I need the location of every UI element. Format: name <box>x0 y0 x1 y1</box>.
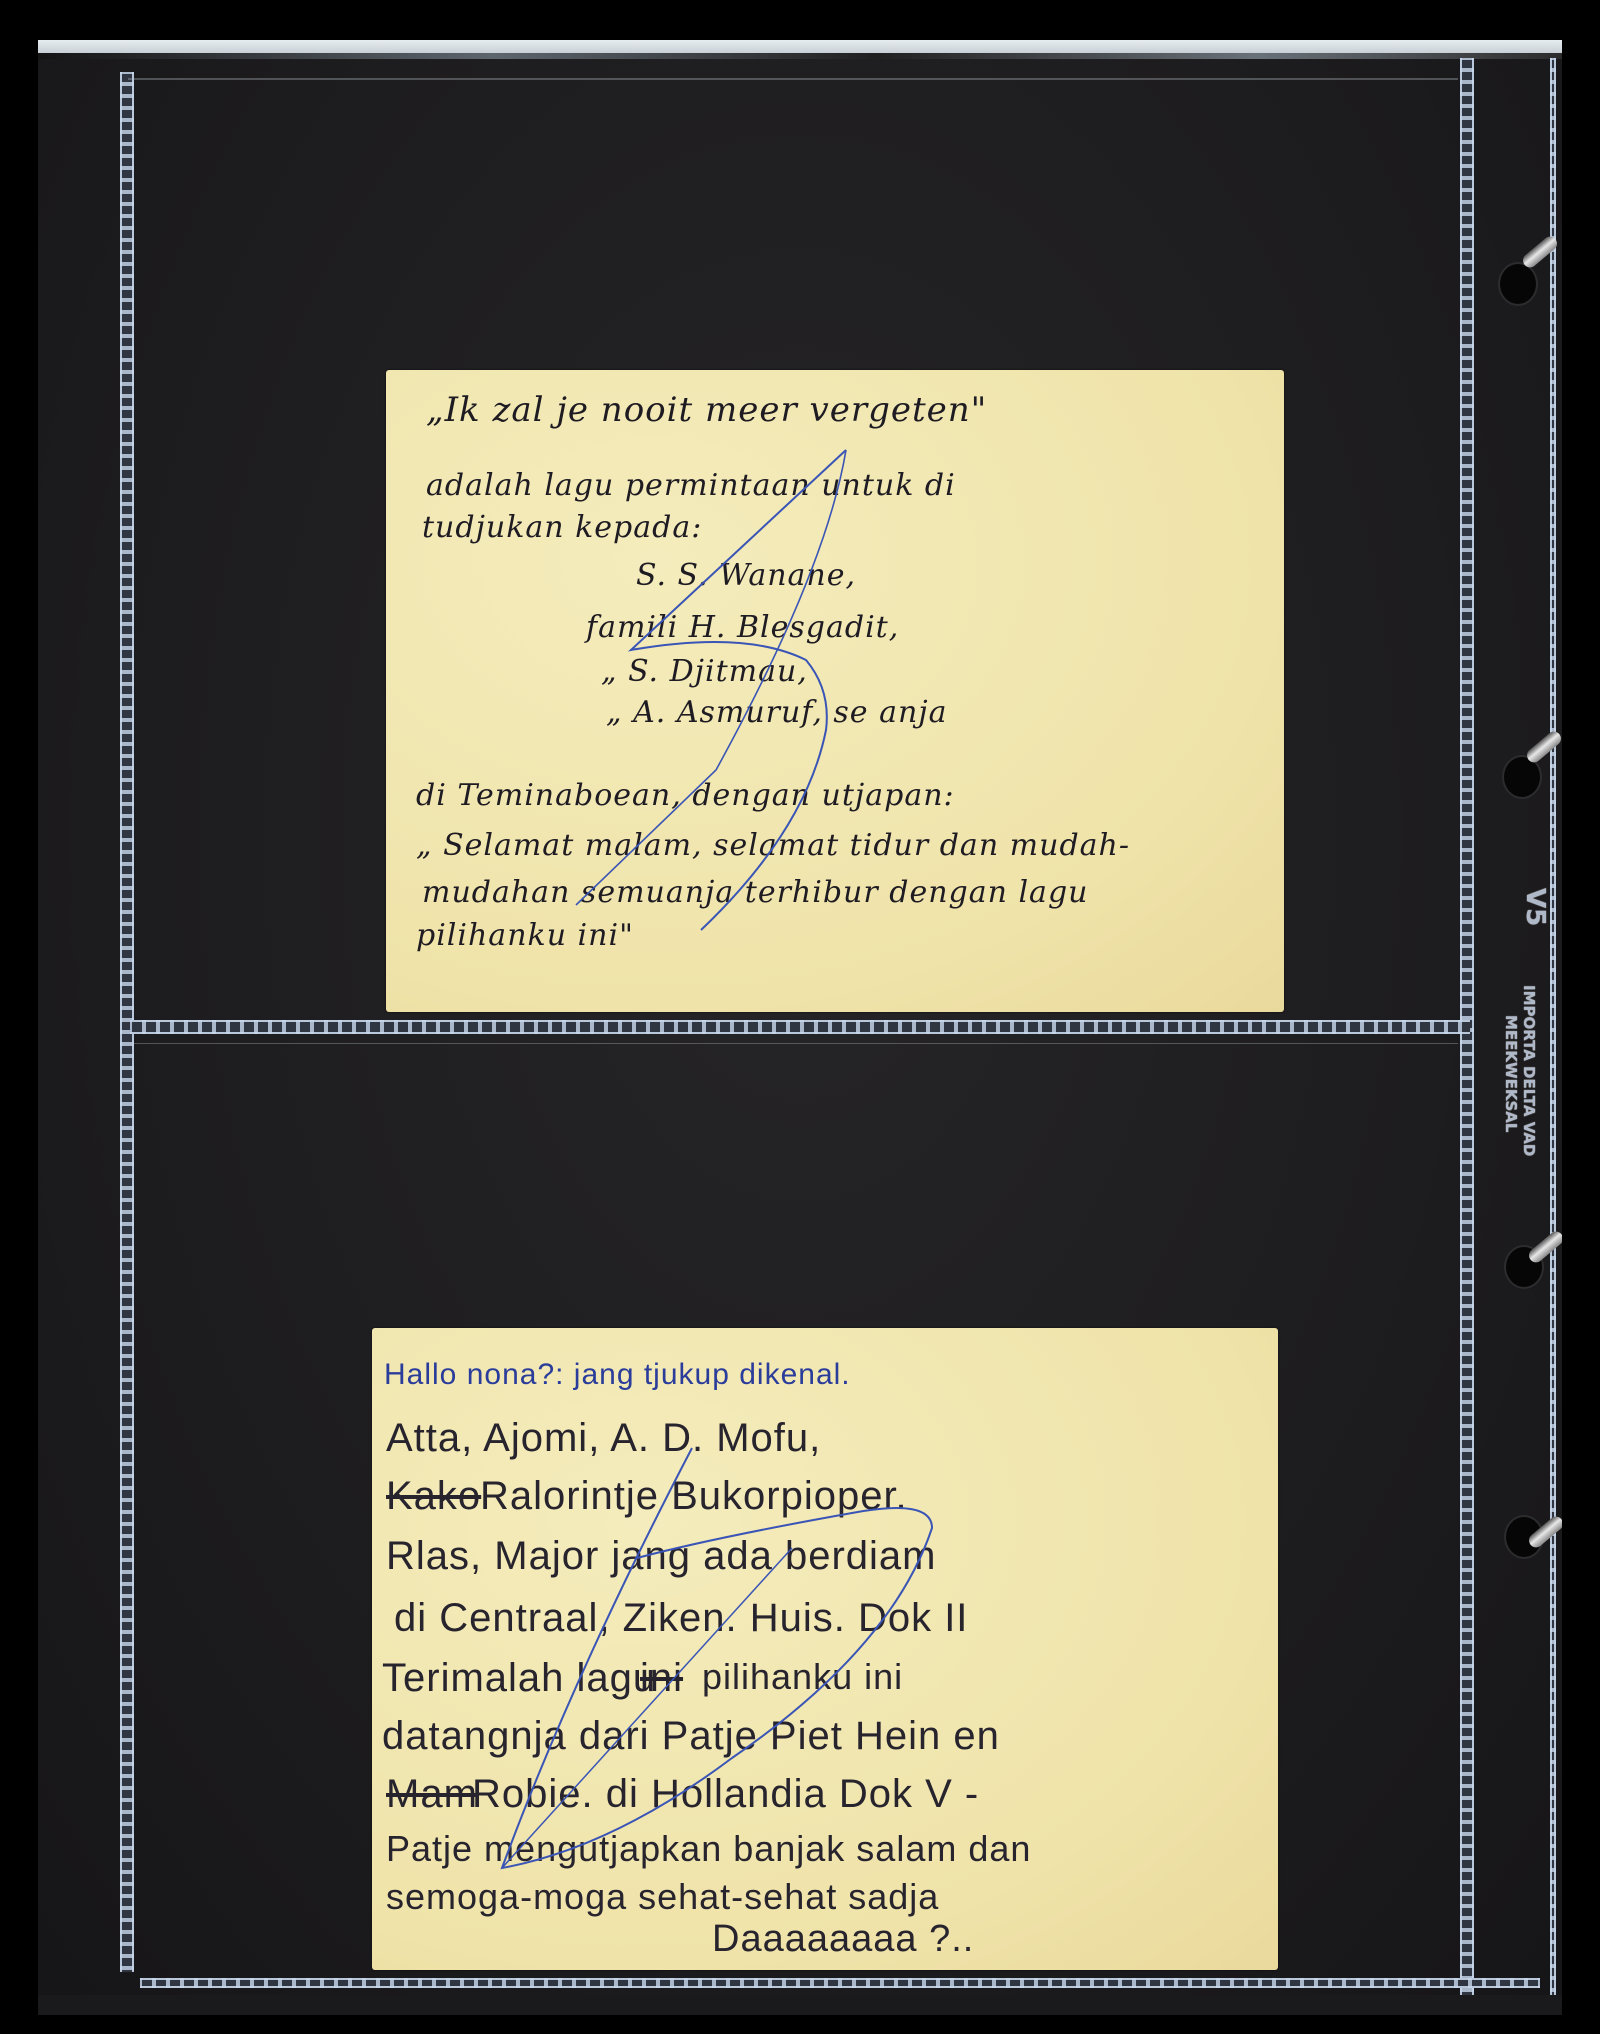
card2-line-5: di Centraal, Ziken. Huis. Dok II <box>394 1596 968 1641</box>
blue-pencil-scribble-1 <box>386 370 1284 1012</box>
card2-struck-word-2: ini <box>640 1656 683 1701</box>
pocket-divider-seam <box>130 1020 1470 1034</box>
binder-imprint-line-2: MEEKWEKSAL <box>1502 1015 1520 1132</box>
pocket-top-line <box>128 78 1458 80</box>
postcard-2: Hallo nona?: jang tjukup dikenal. Atta, … <box>372 1328 1278 1970</box>
card1-line-4: S. S. Wanane, <box>636 558 856 593</box>
card2-struck-word-3: Mam <box>386 1772 478 1817</box>
card2-line-12: Daaaaaaaa ?.. <box>712 1918 974 1961</box>
binder-imprint-line-1: IMPORTA DELTA VAD <box>1520 985 1538 1156</box>
sleeve-bottom-seam <box>140 1978 1540 1988</box>
card2-line-8: datangnja dari Patje Piet Hein en <box>382 1714 1000 1759</box>
card2-line-10: Patje mengutjapkan banjak salam dan <box>386 1828 1031 1870</box>
card2-line-2: Atta, Ajomi, A. D. Mofu, <box>386 1416 821 1461</box>
card2-line-3: Ralorintje Bukorpioper. <box>480 1474 908 1519</box>
page-top-edge <box>38 40 1562 53</box>
binder-ring-hole-1 <box>1498 262 1538 306</box>
card1-line-11: pilihanku ini" <box>416 918 634 953</box>
card1-line-3: tudjukan kepada: <box>422 510 702 545</box>
card2-line-7: pilihanku ini <box>702 1656 903 1698</box>
card1-line-10: mudahan semuanja terhibur dengan lagu <box>422 875 1088 910</box>
card2-line-1: Hallo nona?: jang tjukup dikenal. <box>384 1358 851 1392</box>
card1-line-8: di Teminaboean, dengan utjapan: <box>416 778 955 813</box>
card1-line-9: „ Selamat malam, selamat tidur dan mudah… <box>416 828 1130 863</box>
card1-line-1: „Ik zal je nooit meer vergeten" <box>426 390 987 430</box>
card1-line-5: famili H. Blesgadit, <box>586 610 899 645</box>
card2-line-4: Rlas, Major jang ada berdiam <box>386 1534 936 1579</box>
card2-line-11: semoga-moga sehat-sehat sadja <box>386 1876 939 1918</box>
pocket-second-line <box>128 1043 1458 1044</box>
card2-line-9: Robie. di Hollandia Dok V - <box>472 1772 979 1817</box>
postcard-1: „Ik zal je nooit meer vergeten" adalah l… <box>386 370 1284 1012</box>
card1-line-6: „ S. Djitmau, <box>601 654 808 689</box>
background-edge <box>1562 40 1600 2034</box>
card2-struck-word-1: Kako <box>386 1474 481 1519</box>
card1-line-7: „ A. Asmuruf, se ​anja <box>606 695 948 730</box>
card1-line-2: adalah lagu permintaan untuk di <box>426 468 956 503</box>
card2-line-6: Terimalah lagu <box>382 1656 656 1701</box>
page-top-shadow <box>38 53 1562 59</box>
sleeve-outer-edge <box>1550 58 1556 1995</box>
binder-size-label: V5 <box>1520 888 1550 926</box>
